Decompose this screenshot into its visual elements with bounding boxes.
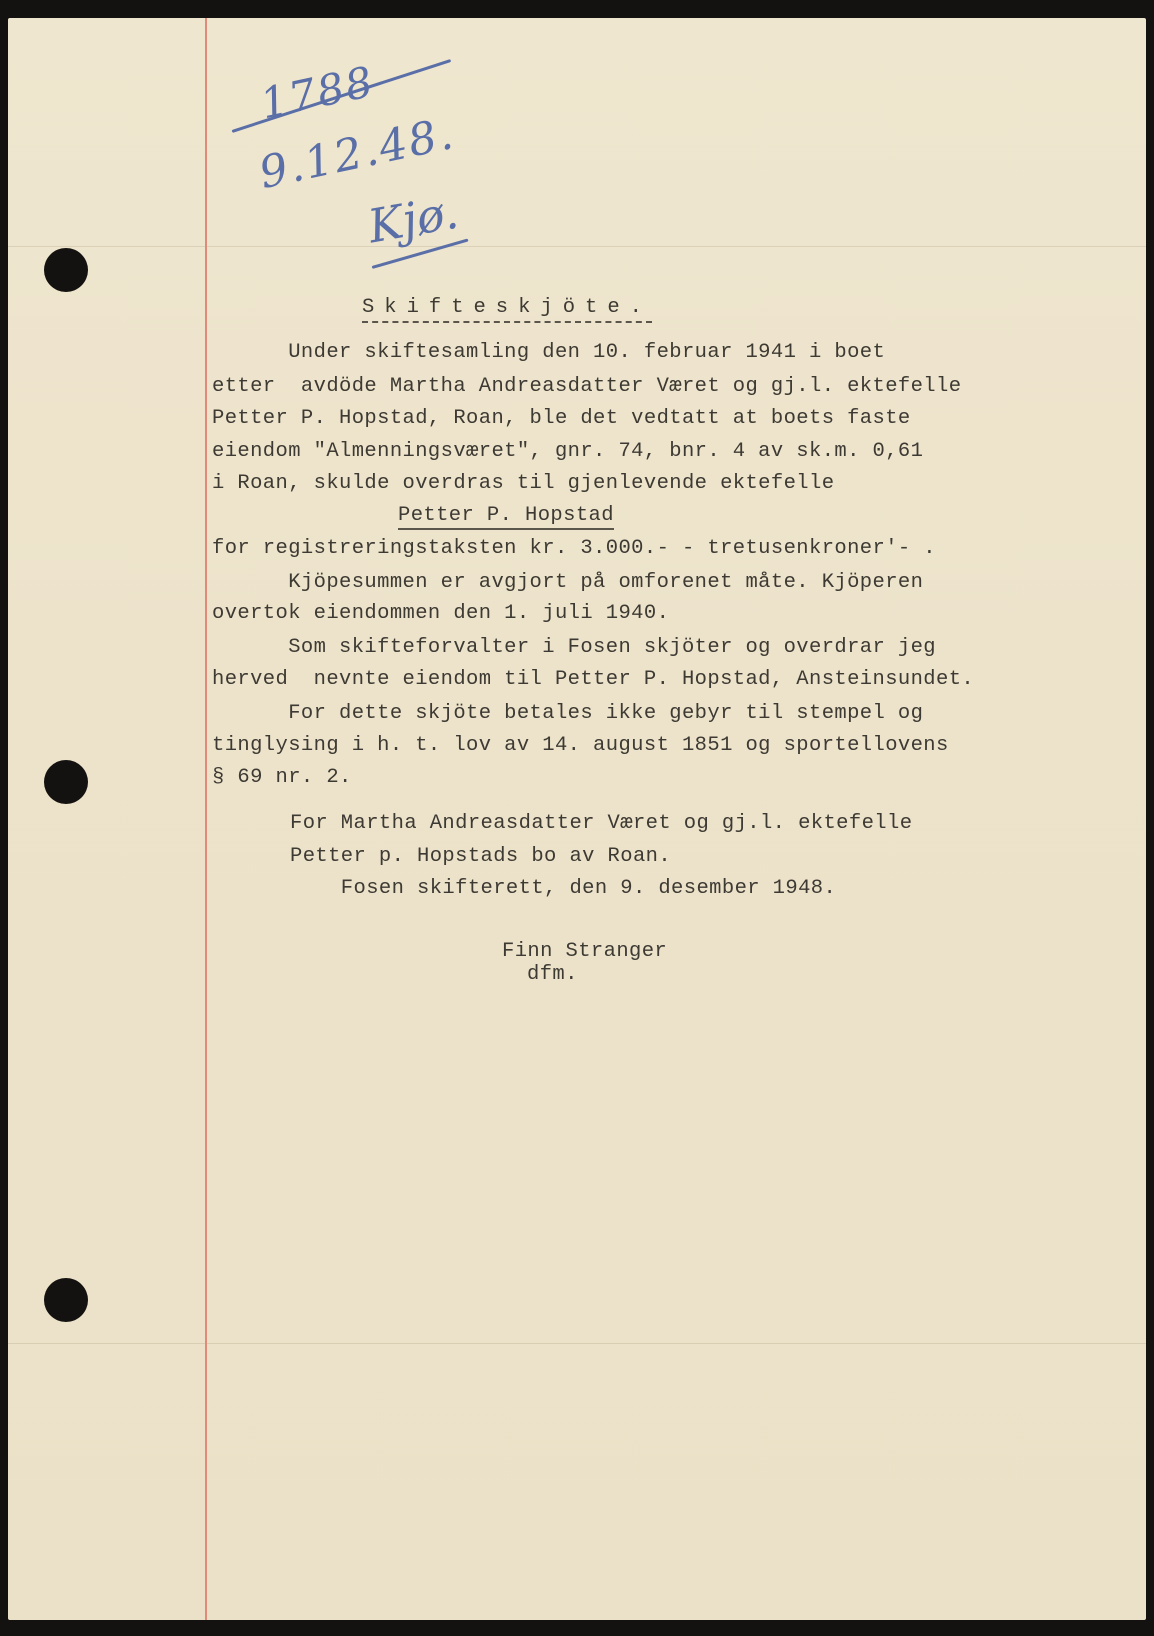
body-line: § 69 nr. 2. [212, 766, 352, 789]
margin-line [205, 18, 207, 1620]
body-line: i Roan, skulde overdras til gjenlevende … [212, 472, 834, 495]
closing-line: For Martha Andreasdatter Været og gj.l. … [290, 812, 912, 835]
punch-hole-icon [44, 248, 88, 292]
document-title: Skifteskjöte. [362, 296, 652, 323]
closing-line: Fosen skifterett, den 9. desember 1948. [290, 877, 836, 900]
closing-line: Petter p. Hopstads bo av Roan. [290, 845, 671, 868]
body-line: For dette skjöte betales ikke gebyr til … [212, 702, 923, 725]
body-line: etter avdöde Martha Andreasdatter Været … [212, 375, 961, 398]
fold-line [8, 1343, 1146, 1344]
grantee-name: Petter P. Hopstad [398, 504, 614, 530]
body-line: herved nevnte eiendom til Petter P. Hops… [212, 668, 974, 691]
body-line: for registreringstaksten kr. 3.000.- - t… [212, 537, 936, 560]
body-line: overtok eiendommen den 1. juli 1940. [212, 602, 669, 625]
body-line: Petter P. Hopstad, Roan, ble det vedtatt… [212, 407, 911, 430]
body-line: Kjöpesummen er avgjort på omforenet måte… [212, 571, 923, 594]
fold-line [8, 246, 1146, 247]
signature-title: dfm. [527, 963, 578, 986]
body-line: Som skifteforvalter i Fosen skjöter og o… [212, 636, 936, 659]
body-line: tinglysing i h. t. lov av 14. august 185… [212, 734, 949, 757]
signature-name: Finn Stranger [502, 940, 667, 963]
punch-hole-icon [44, 760, 88, 804]
body-line: Under skiftesamling den 10. februar 1941… [212, 341, 885, 364]
body-line: eiendom "Almenningsværet", gnr. 74, bnr.… [212, 440, 923, 463]
punch-hole-icon [44, 1278, 88, 1322]
